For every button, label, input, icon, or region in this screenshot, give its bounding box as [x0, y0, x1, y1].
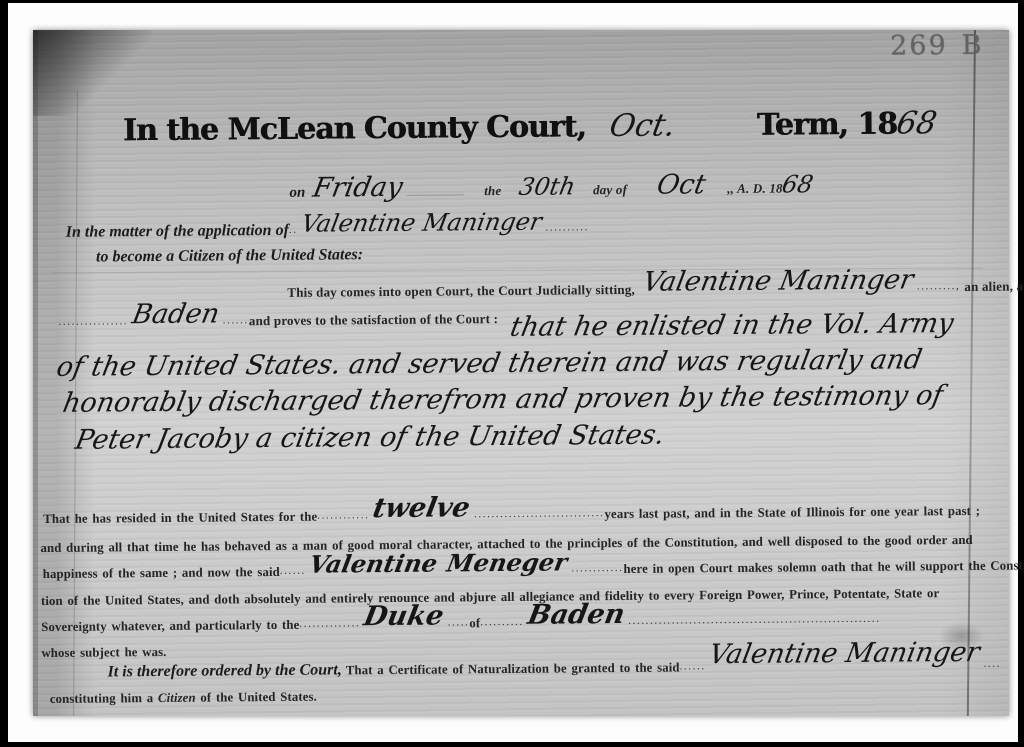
country-handwritten: Baden [130, 300, 222, 328]
applicant-name-handwritten: Valentine Maninger [299, 210, 543, 236]
dots: .......... [480, 616, 524, 628]
order-line: It is therefore ordered by the Court, Th… [108, 656, 1002, 682]
testimony-handwritten: Peter Jacoby a citizen of the United Sta… [73, 422, 667, 454]
year-suffix-handwritten: 68 [780, 172, 815, 196]
applicant-name2-handwritten: Valentine Maninger [640, 266, 915, 295]
testimony-line: that he enlisted in the Vol. Army [510, 308, 953, 343]
sovereignty-label: Sovereignty whatever, and particularly t… [41, 618, 299, 634]
of-label: of [469, 616, 480, 630]
page-number: 269 [890, 30, 948, 62]
order-name-handwritten: Valentine Maninger [707, 639, 982, 668]
testimony-handwritten: honorably discharged therefrom and prove… [61, 382, 945, 417]
testimony-handwritten: of the United States. and served therein… [54, 346, 924, 381]
oath-line-1: That he has resided in the United States… [43, 504, 980, 527]
oath-line-4: tion of the United States, and doth abso… [41, 586, 939, 609]
page-number-stamp: 269B [890, 30, 984, 62]
dots: ...... [280, 565, 306, 577]
dots: .............................. [474, 507, 605, 520]
subject-label: whose subject he was. [41, 645, 166, 660]
oath-line-6: whose subject he was. [41, 645, 166, 661]
testimony-handwritten: that he enlisted in the Vol. Army [508, 310, 956, 341]
constituting-label: constituting him a [50, 691, 154, 706]
citizen-word: Citizen [158, 691, 196, 705]
court-title-line: In the McLean County Court, Oct. Term, 1… [123, 106, 937, 148]
month-handwritten: Oct [655, 171, 708, 198]
ordered-label: It is therefore ordered by the Court, [108, 661, 342, 680]
term-month-handwritten: Oct. [607, 110, 678, 142]
the-label: the [484, 183, 501, 198]
date-line: on Friday the 30th day of Oct ,, A. D. 1… [289, 170, 813, 202]
matter-line: In the matter of the application of..Val… [66, 219, 589, 242]
dots: .......... [545, 221, 589, 233]
testimony-line: honorably discharged therefrom and prove… [63, 380, 943, 419]
court-title: In the McLean County Court, [123, 109, 586, 148]
renounce-label: tion of the United States, and doth abso… [41, 586, 939, 608]
day-of-label: day of [593, 182, 627, 197]
on-label: on [289, 185, 305, 201]
ad-label: ,, A. D. 18 [727, 181, 783, 196]
testimony-line: Peter Jacoby a citizen of the United Sta… [75, 420, 664, 456]
name2-handwritten: Valentine Meneger [308, 550, 570, 576]
dots: ...... [223, 314, 249, 326]
leader-line [406, 178, 464, 196]
term-year-handwritten: 68 [894, 108, 939, 139]
of-us-label: of the United States. [200, 690, 317, 705]
oath-line-5: Sovereignty whatever, and particularly t… [41, 613, 880, 635]
years-label: years last past, and in the State of Ill… [604, 504, 980, 521]
certificate-label: That a Certificate of Naturalization be … [346, 660, 680, 677]
document-page: 269B In the McLean County Court, Oct. Te… [33, 30, 1009, 716]
citizen-line: to become a Citizen of the United States… [96, 246, 363, 266]
dots: ..... [448, 616, 470, 628]
term-label: Term, 18 [757, 107, 897, 143]
dots: ........., [917, 280, 961, 292]
proves-label: and proves to the satisfaction of the Co… [249, 311, 498, 328]
country2-handwritten: Baden [525, 601, 627, 629]
page-letter: B [962, 30, 984, 61]
dots: ................ [58, 315, 128, 328]
dots: .. [289, 224, 298, 236]
appearance-line-1: This day comes into open Court, the Cour… [287, 277, 1024, 302]
dots: .............. [299, 617, 360, 630]
application-label: In the matter of the application of [66, 222, 289, 241]
day-handwritten: 30th [517, 174, 577, 199]
appearance-line-2: ................Baden......and proves to… [58, 310, 498, 332]
resided-label: That he has resided in the United States… [43, 510, 317, 526]
scanned-court-record: { "stamp": { "page_number": "269", "page… [0, 0, 1024, 747]
oath-label: here in open Court makes solemn oath tha… [623, 558, 1024, 576]
duke-handwritten: Duke [362, 602, 446, 630]
happiness-label: happiness of the same ; and now the said [43, 565, 280, 581]
oath-line-3: happiness of the same ; and now the said… [43, 558, 1024, 582]
dots: ...... [679, 660, 705, 672]
weekday-handwritten: Friday [311, 174, 405, 202]
testimony-line: of the United States. and served therein… [57, 344, 922, 383]
dots: ........................................… [628, 613, 880, 627]
dots: .... [983, 658, 1001, 670]
years-handwritten: twelve [371, 494, 473, 522]
opening-label: This day comes into open Court, the Cour… [287, 282, 635, 300]
dots: ............ [571, 562, 623, 574]
alien-label: an alien, a native of [964, 278, 1024, 294]
citizen-label: to become a Citizen of the United States… [96, 246, 363, 265]
closing-line: constituting him a Citizen of the United… [50, 690, 317, 707]
document-content: 269B In the McLean County Court, Oct. Te… [30, 26, 1012, 720]
dots: ............ [317, 509, 369, 521]
